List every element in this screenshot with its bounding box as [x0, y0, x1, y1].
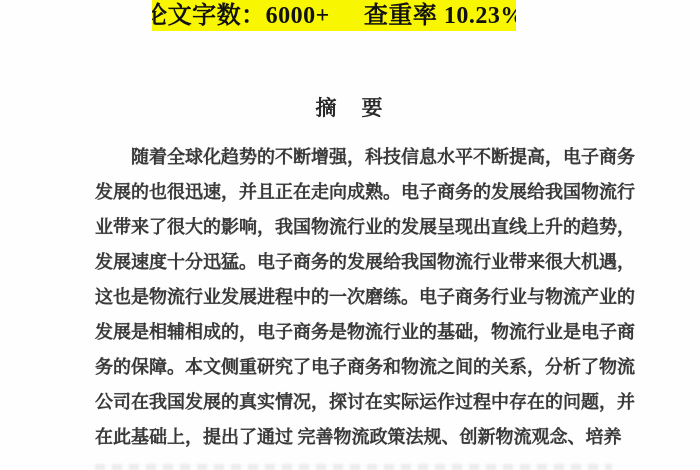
duplication-rate-label: 查重率 10.23%	[364, 3, 516, 29]
abstract-title: 摘 要	[0, 92, 700, 122]
abstract-line: 这也是物流行业发展进程中的一次磨练。电子商务行业与物流产业的	[95, 280, 612, 315]
abstract-line: 发展速度十分迅猛。电子商务的发展给我国物流行业带来很大机遇，	[95, 245, 612, 280]
abstract-line: 发展是相辅相成的，电子商务是物流行业的基础，物流行业是电子商	[95, 315, 612, 350]
abstract-line: 发展的也很迅速，并且正在走向成熟。电子商务的发展给我国物流行	[95, 175, 612, 210]
abstract-line: 业带来了很大的影响，我国物流行业的发展呈现出直线上升的趋势，	[95, 210, 612, 245]
highlighted-header-banner: 论文字数：6000+查重率 10.23%	[152, 0, 516, 31]
clipped-text-line	[95, 464, 612, 470]
abstract-line: 公司在我国发展的真实情况，探讨在实际运作过程中存在的问题，并	[95, 385, 612, 420]
abstract-line: 随着全球化趋势的不断增强，科技信息水平不断提高，电子商务	[95, 140, 612, 175]
abstract-line: 在此基础上，提出了通过 完善物流政策法规、创新物流观念、培养	[95, 420, 612, 455]
word-count-label: 论文字数：6000+	[152, 3, 330, 29]
abstract-line: 务的保障。本文侧重研究了电子商务和物流之间的关系，分析了物流	[95, 350, 612, 385]
banner-text: 论文字数：6000+查重率 10.23%	[152, 0, 516, 30]
abstract-body: 随着全球化趋势的不断增强，科技信息水平不断提高，电子商务 发展的也很迅速，并且正…	[95, 140, 612, 455]
document-page: 论文字数：6000+查重率 10.23% 摘 要 随着全球化趋势的不断增强，科技…	[0, 0, 700, 470]
